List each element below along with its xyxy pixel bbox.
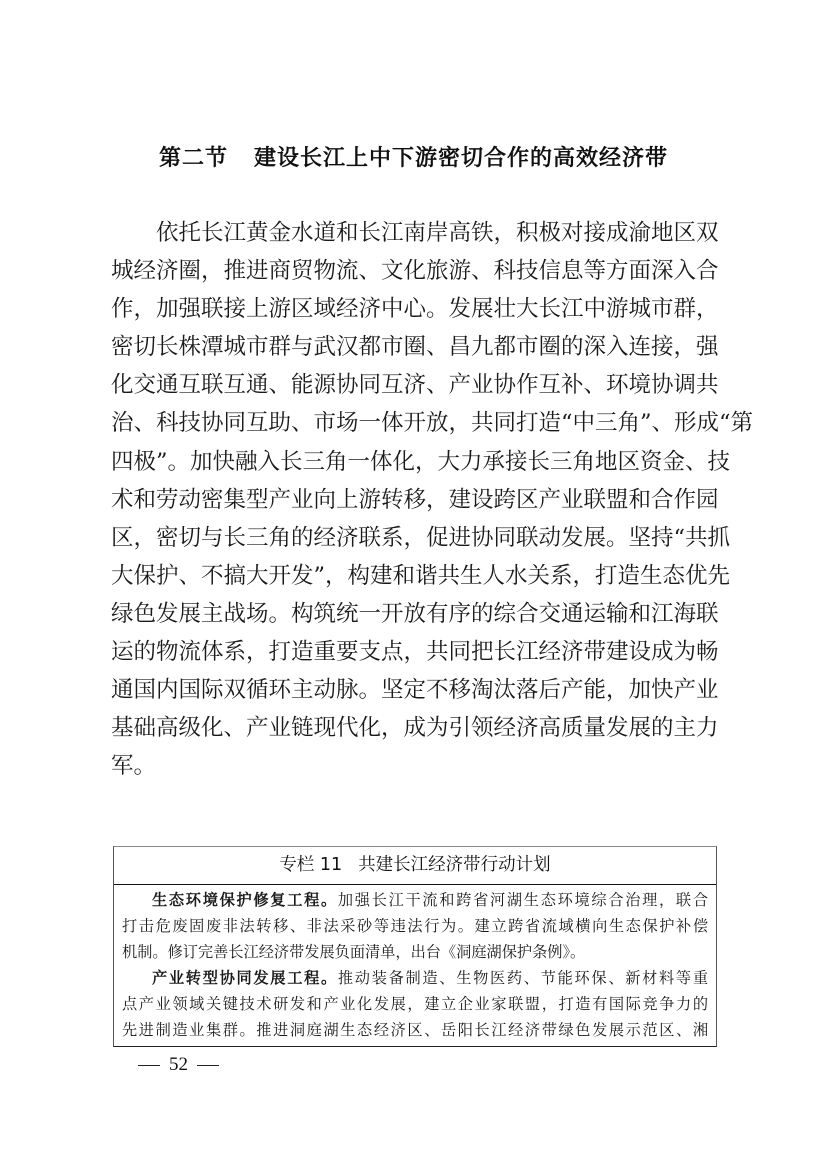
document-page: 第二节建设长江上中下游密切合作的高效经济带 依托长江黄金水道和长江南岸高铁，积极… (0, 0, 827, 1169)
paragraph-line: 运的物流体系，打造重要支点，共同把长江经济带建设成为畅 (111, 633, 717, 671)
paragraph-line: 化交通互联互通、能源协同互济、产业协作互补、环境协调共 (111, 366, 717, 404)
dash-left (138, 1065, 160, 1067)
box-item-line: 机制。修订完善长江经济带发展负面清单，出台《洞庭湖保护条例》。 (122, 939, 708, 965)
paragraph-line: 军。 (111, 747, 717, 785)
box-item-heading: 生态环境保护修复工程。 (152, 891, 338, 909)
paragraph-line: 依托长江黄金水道和长江南岸高铁，积极对接成渝地区双 (111, 214, 717, 252)
box-item-text: 推动装备制造、生物医药、节能环保、新材料等重 (338, 969, 708, 987)
paragraph-line: 基础高级化、产业链现代化，成为引领经济高质量发展的主力 (111, 709, 717, 747)
paragraph-line: 密切长株潭城市群与武汉都市圈、昌九都市圈的深入连接，强 (111, 328, 717, 366)
page-number: 52 (129, 1050, 228, 1080)
box-item-line: 点产业领域关键技术研发和产业化发展，建立企业家联盟，打造有国际竞争力的 (122, 991, 708, 1017)
section-title-text: 建设长江上中下游密切合作的高效经济带 (254, 146, 668, 171)
box-item-line: 生态环境保护修复工程。加强长江干流和跨省河湖生态环境综合治理，联合 (122, 887, 708, 913)
box-item-heading: 产业转型协同发展工程。 (152, 969, 338, 987)
box-item-line: 先进制造业集群。推进洞庭湖生态经济区、岳阳长江经济带绿色发展示范区、湘 (122, 1017, 708, 1043)
paragraph-line: 区，密切与长三角的经济联系，促进协同联动发展。坚持“共抓 (111, 519, 717, 557)
paragraph-line: 通国内国际双循环主动脉。坚定不移淘汰落后产能，加快产业 (111, 671, 717, 709)
paragraph-line: 作，加强联接上游区域经济中心。发展壮大长江中游城市群， (111, 290, 717, 328)
paragraph-line: 城经济圈，推进商贸物流、文化旅游、科技信息等方面深入合 (111, 252, 717, 290)
box-item-text: 加强长江干流和跨省河湖生态环境综合治理，联合 (338, 891, 708, 909)
box-label: 专栏 11 (279, 855, 342, 875)
box-item-line: 打击危废固废非法转移、非法采砂等违法行为。建立跨省流域横向生态保护补偿 (122, 913, 708, 939)
box-title: 专栏 11共建长江经济带行动计划 (114, 847, 716, 885)
section-heading: 第二节建设长江上中下游密切合作的高效经济带 (0, 143, 827, 175)
box-body: 生态环境保护修复工程。加强长江干流和跨省河湖生态环境综合治理，联合 打击危废固废… (114, 885, 716, 1047)
paragraph-line: 绿色发展主战场。构筑统一开放有序的综合交通运输和江海联 (111, 595, 717, 633)
paragraph-line: 四极”。加快融入长三角一体化，大力承接长三角地区资金、技 (111, 443, 717, 481)
box-item-line: 赣开放合作试验区、“通平修”次区域合作示范区、武陵山龙山来凤经济协作示范区 (122, 1043, 708, 1047)
box-title-text: 共建长江经济带行动计划 (358, 855, 551, 875)
paragraph-line: 治、科技协同互助、市场一体开放，共同打造“中三角”、形成“第 (111, 404, 717, 442)
page-number-text: 52 (169, 1054, 188, 1075)
box-item-line: 产业转型协同发展工程。推动装备制造、生物医药、节能环保、新材料等重 (122, 965, 708, 991)
paragraph-line: 术和劳动密集型产业向上游转移，建设跨区产业联盟和合作园 (111, 481, 717, 519)
dash-right (197, 1065, 219, 1067)
sidebar-box-column: 专栏 11共建长江经济带行动计划 生态环境保护修复工程。加强长江干流和跨省河湖生… (113, 846, 717, 1047)
body-paragraph: 依托长江黄金水道和长江南岸高铁，积极对接成渝地区双 城经济圈，推进商贸物流、文化… (111, 214, 717, 785)
section-label: 第二节 (159, 146, 228, 171)
paragraph-line: 大保护、不搞大开发”，构建和谐共生人水关系，打造生态优先 (111, 557, 717, 595)
